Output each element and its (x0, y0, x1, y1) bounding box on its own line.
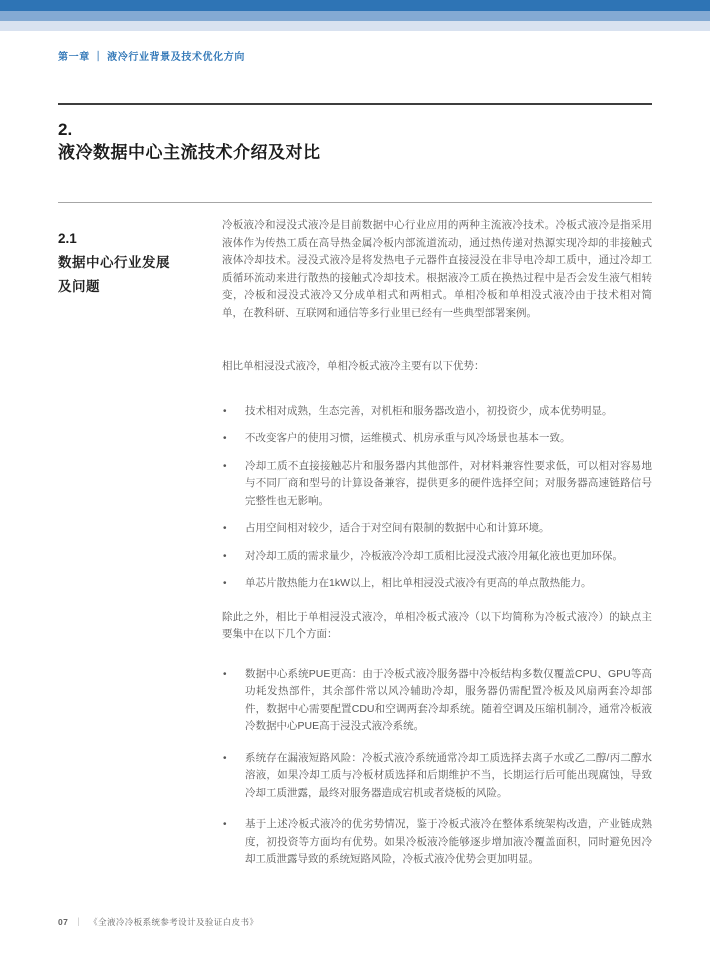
top-bar-medium (0, 11, 710, 21)
bullet-text: 单芯片散热能力在1kW以上，相比单相浸没式液冷有更高的单点散热能力。 (245, 577, 592, 589)
page-title: 液冷数据中心主流技术介绍及对比 (58, 141, 652, 164)
bullet-item: •基于上述冷板式液冷的优劣势情况，鉴于冷板式液冷在整体系统架构改造，产业链成熟度… (222, 816, 652, 869)
paragraph-intro: 冷板液冷和浸没式液冷是目前数据中心行业应用的两种主流液冷技术。冷板式液冷是指采用… (222, 217, 652, 322)
bullet-dot-icon: • (223, 430, 227, 448)
paragraph-advantages-lead: 相比单相浸没式液冷，单相冷板式液冷主要有以下优势： (222, 358, 652, 376)
page-number: 07 (58, 917, 68, 927)
bullet-dot-icon: • (223, 575, 227, 593)
bullet-dot-icon: • (223, 666, 227, 684)
bullet-dot-icon: • (223, 458, 227, 476)
bullet-text: 冷却工质不直接接触芯片和服务器内其他部件，对材料兼容性要求低，可以相对容易地与不… (245, 460, 652, 507)
bullet-text: 占用空间相对较少，适合于对空间有限制的数据中心和计算环境。 (245, 522, 550, 534)
bullet-item: •不改变客户的使用习惯，运维模式、机房承重与风冷场景也基本一致。 (222, 430, 652, 448)
document-page: 第一章 ｜ 液冷行业背景及技术优化方向 2. 液冷数据中心主流技术介绍及对比 2… (0, 0, 710, 963)
page-footer: 07｜《全液冷冷板系统参考设计及验证白皮书》 (58, 916, 258, 928)
chapter-header: 第一章 ｜ 液冷行业背景及技术优化方向 (58, 48, 652, 63)
divider-thin (58, 202, 652, 203)
divider-thick (58, 103, 652, 105)
bullet-item: •占用空间相对较少，适合于对空间有限制的数据中心和计算环境。 (222, 520, 652, 538)
bullet-item: •系统存在漏液短路风险：冷板式液冷系统通常冷却工质选择去离子水或乙二醇/丙二醇水… (222, 750, 652, 803)
subsection-title-line1: 数据中心行业发展 (58, 251, 222, 275)
section-title-block: 2. 液冷数据中心主流技术介绍及对比 (58, 118, 652, 164)
bullet-item: •技术相对成熟，生态完善，对机柜和服务器改造小，初投资少，成本优势明显。 (222, 403, 652, 421)
bullet-dot-icon: • (223, 403, 227, 421)
bullet-dot-icon: • (223, 816, 227, 834)
paragraph-disadvantages-lead: 除此之外，相比于单相浸没式液冷，单相冷板式液冷（以下均简称为冷板式液冷）的缺点主… (222, 609, 652, 644)
subsection-title-line2: 及问题 (58, 275, 222, 299)
subsection-number: 2.1 (58, 227, 222, 251)
bullet-text: 对冷却工质的需求量少，冷板液冷冷却工质相比浸没式液冷用氟化液也更加环保。 (245, 550, 623, 562)
footer-separator: ｜ (74, 917, 83, 927)
top-bar-light (0, 21, 710, 31)
bullet-item: •对冷却工质的需求量少，冷板液冷冷却工质相比浸没式液冷用氟化液也更加环保。 (222, 548, 652, 566)
body-text-column: 冷板液冷和浸没式液冷是目前数据中心行业应用的两种主流液冷技术。冷板式液冷是指采用… (222, 217, 652, 883)
bullet-dot-icon: • (223, 750, 227, 768)
bullet-text: 系统存在漏液短路风险：冷板式液冷系统通常冷却工质选择去离子水或乙二醇/丙二醇水溶… (245, 752, 652, 799)
advantages-list: •技术相对成熟，生态完善，对机柜和服务器改造小，初投资少，成本优势明显。•不改变… (222, 403, 652, 593)
bullet-dot-icon: • (223, 548, 227, 566)
bullet-text: 数据中心系统PUE更高：由于冷板式液冷服务器中冷板结构多数仅覆盖CPU、GPU等… (245, 668, 652, 733)
bullet-item: •冷却工质不直接接触芯片和服务器内其他部件，对材料兼容性要求低，可以相对容易地与… (222, 458, 652, 511)
footer-book-title: 《全液冷冷板系统参考设计及验证白皮书》 (89, 917, 258, 927)
section-number: 2. (58, 118, 652, 141)
disadvantages-list: •数据中心系统PUE更高：由于冷板式液冷服务器中冷板结构多数仅覆盖CPU、GPU… (222, 666, 652, 869)
bullet-item: •单芯片散热能力在1kW以上，相比单相浸没式液冷有更高的单点散热能力。 (222, 575, 652, 593)
two-column-layout: 2.1 数据中心行业发展 及问题 冷板液冷和浸没式液冷是目前数据中心行业应用的两… (58, 217, 652, 883)
bullet-text: 基于上述冷板式液冷的优劣势情况，鉴于冷板式液冷在整体系统架构改造，产业链成熟度，… (245, 818, 652, 865)
section-sidebar: 2.1 数据中心行业发展 及问题 (58, 217, 222, 883)
bullet-item: •数据中心系统PUE更高：由于冷板式液冷服务器中冷板结构多数仅覆盖CPU、GPU… (222, 666, 652, 736)
bullet-dot-icon: • (223, 520, 227, 538)
bullet-text: 技术相对成熟，生态完善，对机柜和服务器改造小，初投资少，成本优势明显。 (245, 405, 613, 417)
bullet-text: 不改变客户的使用习惯，运维模式、机房承重与风冷场景也基本一致。 (245, 432, 571, 444)
top-bar-dark (0, 0, 710, 11)
